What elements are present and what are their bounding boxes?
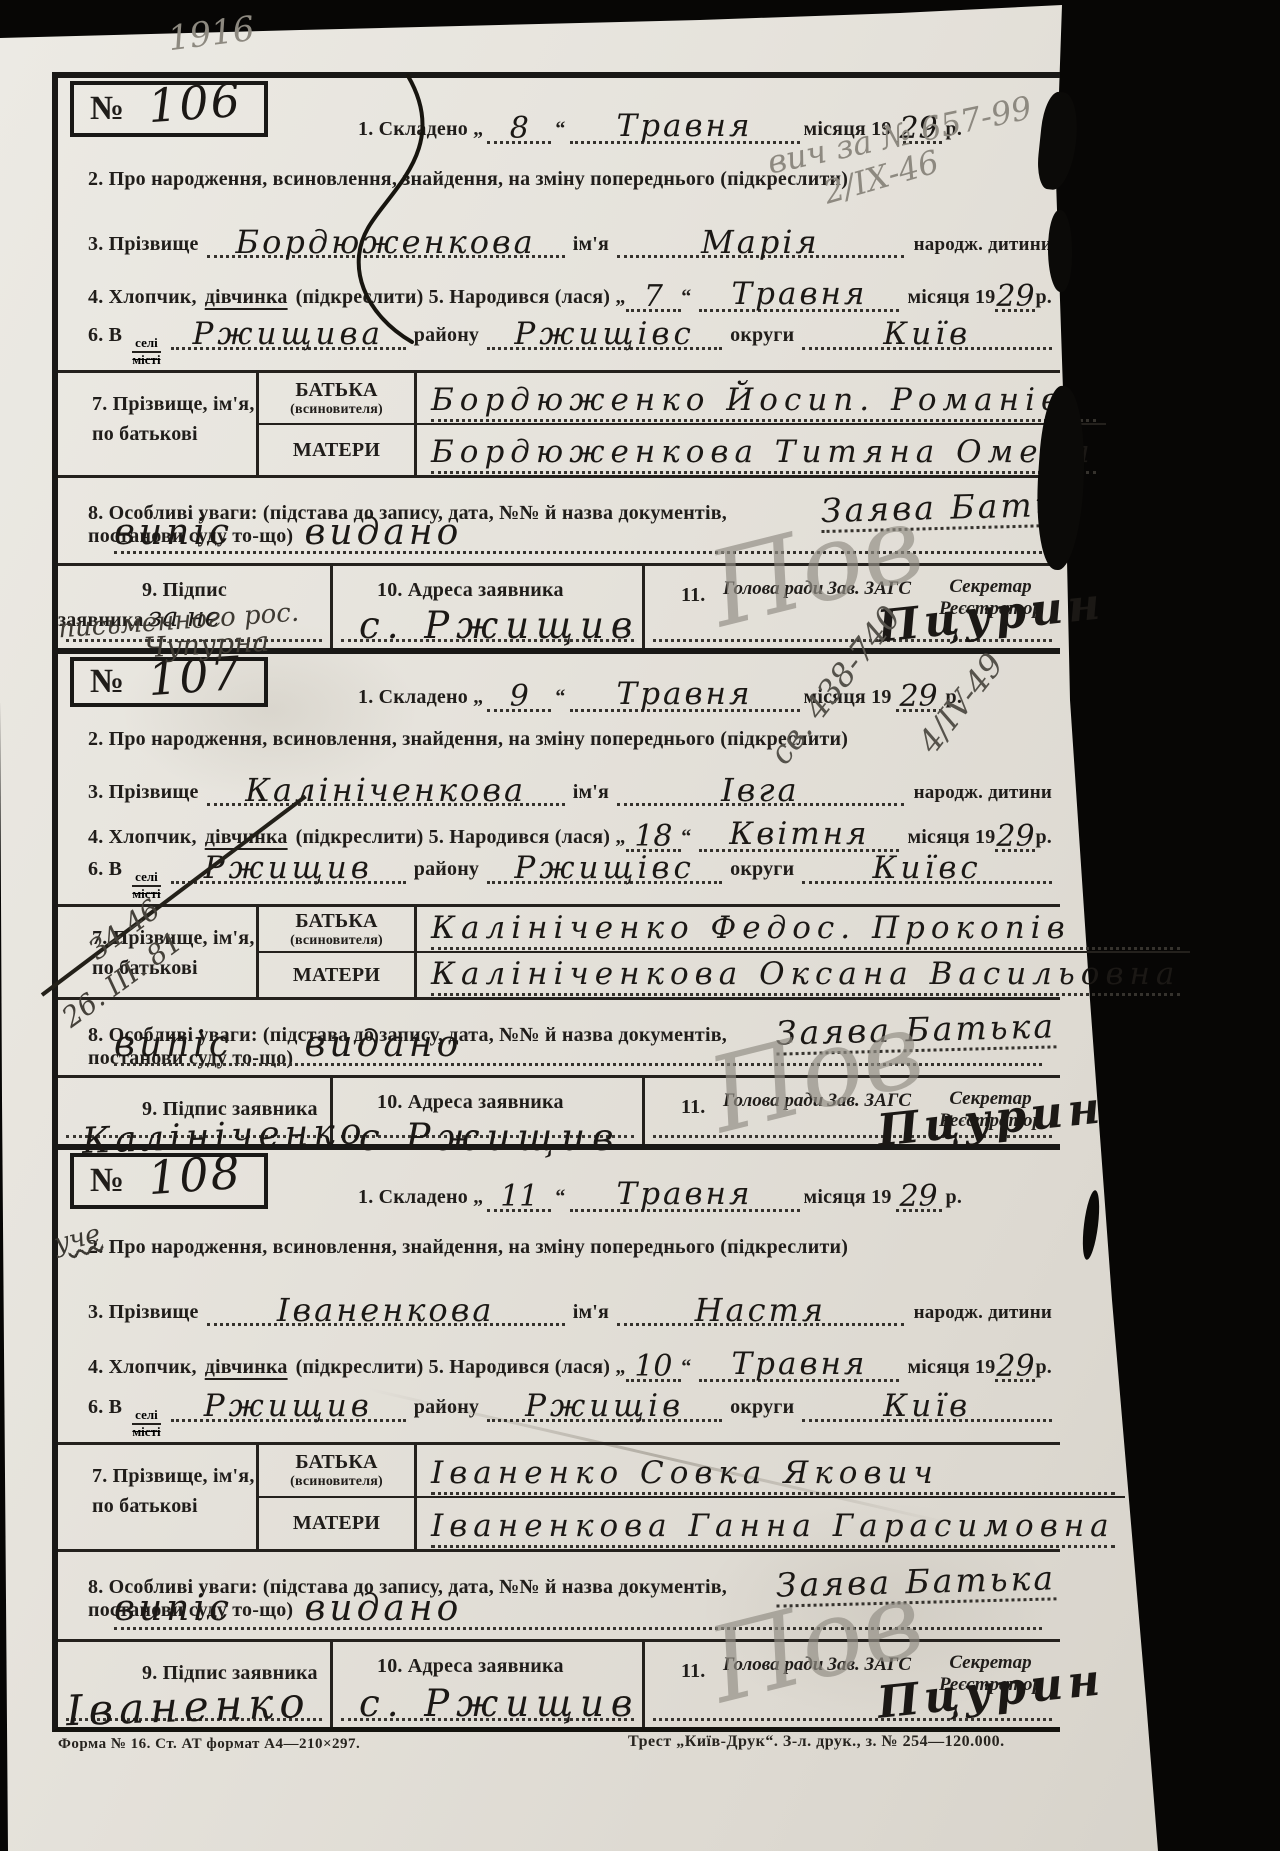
- boy-label: 4. Хлопчик,: [88, 1356, 197, 1379]
- quote-close: “: [555, 1186, 565, 1208]
- adopter-sub-label: (всиновителя): [290, 933, 383, 949]
- village-option: селі: [132, 1408, 161, 1425]
- signatures-row: 9. Підпис заявника Калініченко 10. Адрес…: [58, 1078, 1060, 1144]
- applicant-signature-handwritten: Іваненко: [65, 1678, 311, 1736]
- month-year-label: місяця 19: [907, 286, 995, 309]
- child-name-row: 3. Прізвище Іваненкова ім'я Настя народж…: [58, 1276, 1060, 1334]
- birth-record: № 106 1. Складено „ 8 “ Травня місяця 19…: [58, 78, 1060, 654]
- district-field: Ржищів: [487, 1388, 722, 1422]
- item11-label: 11.: [681, 1096, 706, 1119]
- child-name-row: 3. Прізвище Бордюженкова ім'я Марія наро…: [58, 210, 1060, 266]
- given-name-label: ім'я: [573, 233, 609, 256]
- composed-label: 1. Складено „: [358, 1186, 483, 1208]
- composed-label: 1. Складено „: [358, 686, 483, 708]
- item11-label: 11.: [681, 584, 706, 607]
- event-type-row: 2. Про народження, всиновлення, знайденн…: [58, 152, 1060, 210]
- form-imprint-left: Форма № 16. Ст. АТ формат А4—210×297.: [58, 1736, 360, 1753]
- girl-label-underlined: дівчинка: [205, 286, 288, 309]
- okruha-label: округи: [730, 858, 794, 881]
- child-birth-note-label: народж. дитини: [914, 234, 1052, 256]
- district-field: Ржищівс: [487, 316, 722, 350]
- event-type-row: 2. Про народження, всиновлення, знайденн…: [58, 1220, 1060, 1276]
- quote-close: “: [681, 826, 691, 849]
- year-abbr-label: р.: [1035, 826, 1052, 849]
- composed-month-field: Травня: [570, 1178, 800, 1212]
- applicant-address-handwritten: с. Ржищив: [359, 1682, 639, 1725]
- village-option: селі: [132, 870, 161, 887]
- mother-caps-label: МАТЕРИ: [293, 1512, 380, 1535]
- father-header-cell: БАТЬКА (всиновителя): [256, 373, 414, 425]
- born-month-field: Квітня: [699, 818, 899, 852]
- birth-record: № 108 1. Складено „ 11 “ Травня місяця 1…: [58, 1150, 1060, 1727]
- composed-year-field: 29: [896, 1179, 942, 1212]
- signatures-row: 9. Підпис заявниказа не письменного рос.…: [58, 566, 1060, 648]
- composed-day-field: 8: [487, 111, 551, 144]
- composed-date-line: 1. Складено „ 11 “ Травня місяця 19 29 р…: [358, 1178, 962, 1212]
- mother-name-entry: Калініченкова Оксана Васильовна: [414, 953, 1190, 997]
- record-number-box: № 108: [70, 1153, 268, 1209]
- father-caps-label: БАТЬКА: [295, 910, 377, 933]
- composed-month-field: Травня: [570, 678, 800, 712]
- place-line: 6. В селі місті Ржищив району Ржищівс ок…: [88, 850, 1052, 896]
- event-type-label: 2. Про народження, всиновлення, знайденн…: [88, 728, 848, 751]
- composed-date-line: 1. Складено „ 9 “ Травня місяця 19 29 р.: [358, 678, 962, 712]
- okruha-field: Київс: [802, 850, 1052, 884]
- in-label: 6. В: [88, 324, 122, 347]
- father-name-entry: Бордюженко Йосип. Романів: [414, 373, 1106, 425]
- record-number-box: № 107: [70, 657, 268, 707]
- village-option: селі: [132, 336, 161, 353]
- born-day-field: 10: [626, 1349, 682, 1382]
- applicant-signature-handwritten-2: Чупурна: [143, 625, 270, 665]
- number-sign-label: №: [90, 663, 124, 701]
- event-type-label: 2. Про народження, всиновлення, знайденн…: [88, 168, 848, 191]
- scan-damage-artifact: [1048, 210, 1072, 292]
- born-month-field: Травня: [699, 1348, 899, 1382]
- year-abbr-label: р.: [1035, 286, 1052, 309]
- quote-close: “: [555, 118, 565, 140]
- given-name-label: ім'я: [573, 1301, 609, 1324]
- okruha-label: округи: [730, 324, 794, 347]
- record-number-box: № 106: [70, 81, 268, 137]
- surname-field: Калініченкова: [207, 771, 565, 806]
- parents-row: 7. Прізвище, ім'я, по батькові БАТЬКА (в…: [58, 1442, 1060, 1552]
- girl-label-underlined: дівчинка: [205, 1356, 288, 1379]
- child-name-line: 3. Прізвище Іваненкова ім'я Настя народж…: [88, 1291, 1052, 1326]
- surname-label: 3. Прізвище: [88, 781, 199, 804]
- officials-cell: 11. Голова ради Зав. ЗАГС Пов Секретар Р…: [642, 1642, 1060, 1727]
- given-name-label: ім'я: [573, 781, 609, 804]
- signatures-row: 9. Підпис заявника Іваненко 10. Адреса з…: [58, 1642, 1060, 1727]
- given-name-field: Марія: [617, 223, 904, 258]
- applicant-address-cell: 10. Адреса заявника с. Ржищив: [330, 566, 642, 648]
- applicant-signature-cell: 9. Підпис заявника Калініченко: [58, 1078, 330, 1144]
- month-year-label: місяця 19: [804, 1186, 892, 1208]
- surname-field: Іваненкова: [207, 1291, 565, 1326]
- composed-day-field: 11: [487, 1179, 551, 1212]
- extract-issued-note: випіс видано: [114, 1024, 462, 1065]
- okruha-field: Київ: [802, 316, 1052, 350]
- born-month-field: Травня: [699, 278, 899, 312]
- composed-day-field: 9: [487, 679, 551, 712]
- applicant-address-handwritten: с Ржищив: [359, 1116, 621, 1159]
- father-name-entry: Калініченко Федос. Прокопів: [414, 907, 1190, 953]
- child-name-line: 3. Прізвище Бордюженкова ім'я Марія наро…: [88, 223, 1052, 258]
- mother-name-entry: Бордюженкова Титяна Омеля: [414, 425, 1106, 475]
- father-name-entry: Іваненко Совка Якович: [414, 1445, 1125, 1498]
- extract-issued-note: випіс видано: [114, 1588, 462, 1629]
- village-city-selector: селі місті: [132, 1408, 161, 1440]
- quote-close: “: [681, 1356, 691, 1379]
- in-label: 6. В: [88, 1396, 122, 1419]
- sex-birthdate-row: 4. Хлопчик, дівчинка (підкреслити) 5. На…: [58, 1334, 1060, 1390]
- place-field: Ржищив: [171, 1388, 406, 1422]
- sex-birthdate-line: 4. Хлопчик, дівчинка (підкреслити) 5. На…: [88, 818, 1052, 852]
- mother-header-cell: МАТЕРИ: [256, 425, 414, 475]
- child-birth-note-label: народж. дитини: [914, 782, 1052, 804]
- applicant-address-cell: 10. Адреса заявника с. Ржищив: [330, 1642, 642, 1727]
- composed-month-field: Травня: [570, 110, 800, 144]
- born-year-field: 29: [995, 819, 1035, 852]
- applicant-signature-cell: 9. Підпис заявника Іваненко: [58, 1642, 330, 1727]
- child-birth-note-label: народж. дитини: [914, 1302, 1052, 1324]
- record-number-handwritten: 106: [147, 73, 244, 133]
- place-line: 6. В селі місті Ржищива району Ржищівс о…: [88, 316, 1052, 362]
- born-year-field: 29: [995, 1349, 1035, 1382]
- born-day-field: 7: [626, 279, 682, 312]
- born-label: (підкреслити) 5. Народився (лася) „: [296, 826, 626, 849]
- applicant-address-label: 10. Адреса заявника: [377, 579, 564, 601]
- place-field: Ржищив: [171, 850, 406, 884]
- mother-header-cell: МАТЕРИ: [256, 1498, 414, 1549]
- registry-form-frame: № 106 1. Складено „ 8 “ Травня місяця 19…: [52, 72, 1060, 1732]
- father-caps-label: БАТЬКА: [295, 379, 377, 402]
- parents-row: 7. Прізвище, ім'я, по батькові БАТЬКА (в…: [58, 904, 1060, 1000]
- surname-label: 3. Прізвище: [88, 233, 199, 256]
- district-label: району: [414, 1396, 479, 1419]
- item11-label: 11.: [681, 1660, 706, 1683]
- father-header-cell: БАТЬКА (всиновителя): [256, 907, 414, 953]
- year-abbr-label: р.: [946, 1186, 963, 1208]
- district-label: району: [414, 858, 479, 881]
- place-line: 6. В селі місті Ржищив району Ржищів окр…: [88, 1388, 1052, 1434]
- boy-label: 4. Хлопчик,: [88, 286, 197, 309]
- year-abbr-label: р.: [1035, 1356, 1052, 1379]
- applicant-address-label: 10. Адреса заявника: [377, 1091, 564, 1113]
- officials-cell: 11. Голова ради Зав. ЗАГС Пов Секретар Р…: [642, 1078, 1060, 1144]
- sex-birthdate-line: 4. Хлопчик, дівчинка (підкреслити) 5. На…: [88, 278, 1052, 312]
- quote-close: “: [555, 686, 565, 708]
- record-header-row: № 108 1. Складено „ 11 “ Травня місяця 1…: [58, 1150, 1060, 1220]
- city-option-struck: місті: [132, 1425, 161, 1440]
- boy-label: 4. Хлопчик,: [88, 826, 197, 849]
- parents-row: 7. Прізвище, ім'я, по батькові БАТЬКА (в…: [58, 370, 1060, 478]
- quote-close: “: [681, 286, 691, 309]
- parents-label: 7. Прізвище, ім'я, по батькові: [58, 373, 256, 475]
- given-name-field: Настя: [617, 1291, 904, 1326]
- father-caps-label: БАТЬКА: [295, 1451, 377, 1474]
- surname-label: 3. Прізвище: [88, 1301, 199, 1324]
- district-field: Ржищівс: [487, 850, 722, 884]
- born-label: (підкреслити) 5. Народився (лася) „: [296, 1356, 626, 1379]
- number-sign-label: №: [90, 90, 124, 128]
- village-city-selector: селі місті: [132, 336, 161, 368]
- applicant-address-cell: 10. Адреса заявника с Ржищив: [330, 1078, 642, 1144]
- mother-name-entry: Іваненкова Ганна Гарасимовна: [414, 1498, 1125, 1549]
- sex-birthdate-row: 4. Хлопчик, дівчинка (підкреслити) 5. На…: [58, 266, 1060, 320]
- adopter-sub-label: (всиновителя): [290, 402, 383, 418]
- form-imprint-right: Трест „Київ-Друк“. З-л. друк., з. № 254—…: [628, 1733, 1005, 1751]
- child-name-line: 3. Прізвище Калініченкова ім'я Івга наро…: [88, 771, 1052, 806]
- month-year-label: місяця 19: [907, 826, 995, 849]
- birth-record: № 107 1. Складено „ 9 “ Травня місяця 19…: [58, 654, 1060, 1150]
- mother-caps-label: МАТЕРИ: [293, 964, 380, 987]
- applicant-signature-cell: 9. Підпис заявниказа не письменного рос.…: [58, 566, 330, 648]
- parents-label: 7. Прізвище, ім'я, по батькові: [58, 1445, 256, 1549]
- month-year-label: місяця 19: [907, 1356, 995, 1379]
- number-sign-label: №: [90, 1162, 124, 1200]
- father-header-cell: БАТЬКА (всиновителя): [256, 1445, 414, 1498]
- event-type-row: 2. Про народження, всиновлення, знайденн…: [58, 718, 1060, 766]
- record-header-row: № 107 1. Складено „ 9 “ Травня місяця 19…: [58, 654, 1060, 718]
- sex-birthdate-line: 4. Хлопчик, дівчинка (підкреслити) 5. На…: [88, 1348, 1052, 1382]
- extract-issued-note: випіс видано: [114, 512, 462, 553]
- ink-flourish-stroke: [324, 70, 464, 355]
- city-option-struck: місті: [132, 353, 161, 368]
- born-year-field: 29: [995, 279, 1035, 312]
- place-row: 6. В селі місті Ржищива району Ржищівс о…: [58, 320, 1060, 370]
- adopter-sub-label: (всиновителя): [290, 1474, 383, 1490]
- place-row: 6. В селі місті Ржищив району Ржищів окр…: [58, 1390, 1060, 1442]
- mother-caps-label: МАТЕРИ: [293, 439, 380, 462]
- in-label: 6. В: [88, 858, 122, 881]
- okruha-label: округи: [730, 1396, 794, 1419]
- applicant-address-label: 10. Адреса заявника: [377, 1655, 564, 1677]
- mother-header-cell: МАТЕРИ: [256, 953, 414, 997]
- born-day-field: 18: [626, 819, 682, 852]
- event-type-label: 2. Про народження, всиновлення, знайденн…: [88, 1236, 848, 1259]
- applicant-address-handwritten: с. Ржищив: [359, 604, 639, 647]
- okruha-field: Київ: [802, 1388, 1052, 1422]
- child-name-row: 3. Прізвище Калініченкова ім'я Івга наро…: [58, 766, 1060, 814]
- given-name-field: Івга: [617, 771, 904, 806]
